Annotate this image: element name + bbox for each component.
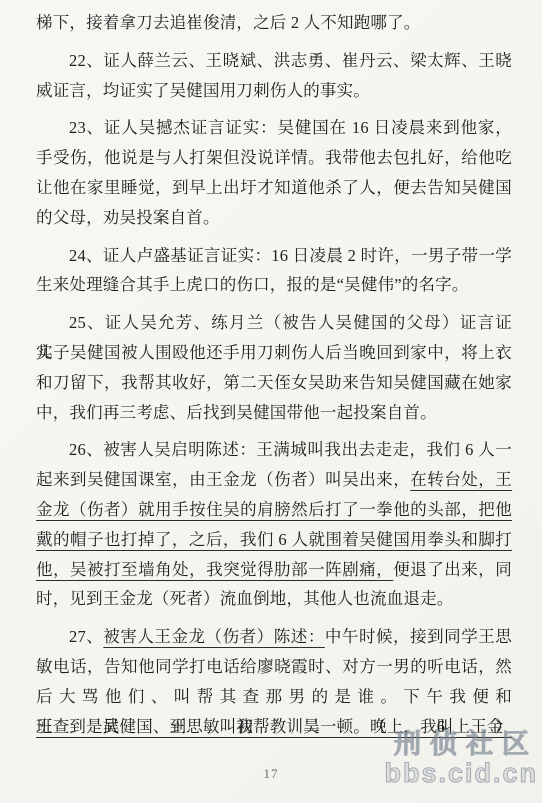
text-segment: 生来处理缝合其手上虎口的伤口，报的是“吴健伟”的名字。 <box>36 275 469 294</box>
text-line: 金龙（伤者）就用手按住吴的肩膀然后打了一拳他的头部，把他 <box>36 495 512 525</box>
scanned-document-page: 梯下，接着拿刀去追崔俊清，之后 2 人不知跑哪了。22、证人薛兰云、王晓斌、洪志… <box>0 0 542 803</box>
text-segment: 时，见到王金龙（死者）流血倒地，其他人也流血退走。 <box>36 589 454 608</box>
text-segment: 手受伤，他说是与人打架但没说详情。我带他去包扎好，给他吃 <box>36 148 512 167</box>
text-line: 他，吴被打至墙角处，我突觉得肋部一阵剧痛，便退了出来，同 <box>36 555 512 585</box>
text-line: 起来到吴健国课室，由王金龙（伤者）叫吴出来，在转台处，王 <box>36 465 512 495</box>
text-segment: 27、 <box>69 627 103 646</box>
underlined-text: 被害人王金龙（伤者）陈述： <box>103 627 325 646</box>
text-line: 的父母，劝吴投案自首。 <box>36 203 512 233</box>
text-line: 22、证人薛兰云、王晓斌、洪志勇、崔丹云、梁太辉、王晓 <box>36 46 512 76</box>
underlined-text: 金龙（伤者）就用手按住吴的肩膀然后打了一拳他的头部，把他 <box>36 500 512 519</box>
text-line: 手受伤，他说是与人打架但没说详情。我带他去包扎好，给他吃 <box>36 143 512 173</box>
text-line: 25、证人吴允芳、练月兰（被告人吴健国的父母）证言证实： <box>36 308 512 338</box>
text-segment: 敏电话，告知他同学打电话给廖晓霞时、对方一男的听电话，然 <box>36 657 512 676</box>
text-segment: 威证言，均证实了吴健国用刀刺伤人的事实。 <box>36 81 370 100</box>
text-segment: 26、被害人吴启明陈述：王满城叫我出去走走，我们 6 人一 <box>69 440 512 459</box>
underlined-text: 戴的帽子也打掉了，之后，我们 6 人就围着吴健国用拳头和脚打 <box>36 530 512 549</box>
text-line: 让他在家里睡觉，到早上出圩才知道他杀了人，便去告知吴健国 <box>36 173 512 203</box>
text-line: 威证言，均证实了吴健国用刀刺伤人的事实。 <box>36 76 512 106</box>
text-line: 敏电话，告知他同学打电话给廖晓霞时、对方一男的听电话，然 <box>36 652 512 682</box>
text-line: 和刀留下，我帮其收好，第二天侄女吴助来告知吴健国藏在她家 <box>36 368 512 398</box>
text-line: 26、被害人吴启明陈述：王满城叫我出去走走，我们 6 人一 <box>36 435 512 465</box>
text-line: 23、证人吴撼杰证言证实：吴健国在 16 日凌晨来到他家， <box>36 113 512 143</box>
page-number: 17 <box>0 766 542 782</box>
text-segment: 班查到是吴健国、王思敏叫我帮教训吴一顿。晚上， <box>36 717 420 736</box>
text-line: 儿子吴健国被人围殴他还手用刀刺伤人后当晚回到家中，将上衣 <box>36 338 512 368</box>
text-segment: 起来到吴健国课室，由王金龙（伤者）叫吴出来， <box>36 470 410 489</box>
text-line: 戴的帽子也打掉了，之后，我们 6 人就围着吴健国用拳头和脚打 <box>36 525 512 555</box>
underlined-text: 在转台处，王 <box>410 470 512 489</box>
text-segment: 后大骂他们、叫帮其查那男的是谁。下午我便和 <box>36 687 512 706</box>
text-segment: 的父母，劝吴投案自首。 <box>36 208 220 227</box>
text-segment: 儿子吴健国被人围殴他还手用刀刺伤人后当晚回到家中，将上衣 <box>36 343 512 362</box>
text-line: 后大骂他们、叫帮其查那男的是谁。下午我便和王武到初二（6） <box>36 682 512 712</box>
text-line: 24、证人卢盛基证言证实：16 日凌晨 2 时许，一男子带一学 <box>36 241 512 271</box>
text-segment: 中午时候，接到同学王思 <box>325 627 512 646</box>
document-lines: 梯下，接着拿刀去追崔俊清，之后 2 人不知跑哪了。22、证人薛兰云、王晓斌、洪志… <box>36 8 512 741</box>
text-segment: 梯下，接着拿刀去追崔俊清，之后 2 人不知跑哪了。 <box>36 13 421 32</box>
text-segment: 23、证人吴撼杰证言证实：吴健国在 16 日凌晨来到他家， <box>69 118 512 137</box>
text-line: 生来处理缝合其手上虎口的伤口，报的是“吴健伟”的名字。 <box>36 270 512 300</box>
underlined-text: 他，吴被打至墙角处，我突觉得肋部一阵剧痛， <box>36 560 393 579</box>
text-segment: 24、证人卢盛基证言证实：16 日凌晨 2 时许，一男子带一学 <box>69 246 512 265</box>
text-segment: 和刀留下，我帮其收好，第二天侄女吴助来告知吴健国藏在她家 <box>36 373 512 392</box>
text-line: 27、被害人王金龙（伤者）陈述：中午时候，接到同学王思 <box>36 622 512 652</box>
text-segment: 让他在家里睡觉，到早上出圩才知道他杀了人，便去告知吴健国 <box>36 178 512 197</box>
text-segment: 中，我们再三考虑、后找到吴健国带他一起投案自首。 <box>36 403 437 422</box>
text-line: 班查到是吴健国、王思敏叫我帮教训吴一顿。晚上，我叫上王金 <box>36 712 512 742</box>
text-line: 时，见到王金龙（死者）流血倒地，其他人也流血退走。 <box>36 584 512 614</box>
underlined-text: 我叫上王金 <box>420 717 504 736</box>
text-segment: 22、证人薛兰云、王晓斌、洪志勇、崔丹云、梁太辉、王晓 <box>69 51 512 70</box>
text-line: 中，我们再三考虑、后找到吴健国带他一起投案自首。 <box>36 398 512 428</box>
text-line: 梯下，接着拿刀去追崔俊清，之后 2 人不知跑哪了。 <box>36 8 512 38</box>
text-segment: 便退了出来，同 <box>393 560 512 579</box>
